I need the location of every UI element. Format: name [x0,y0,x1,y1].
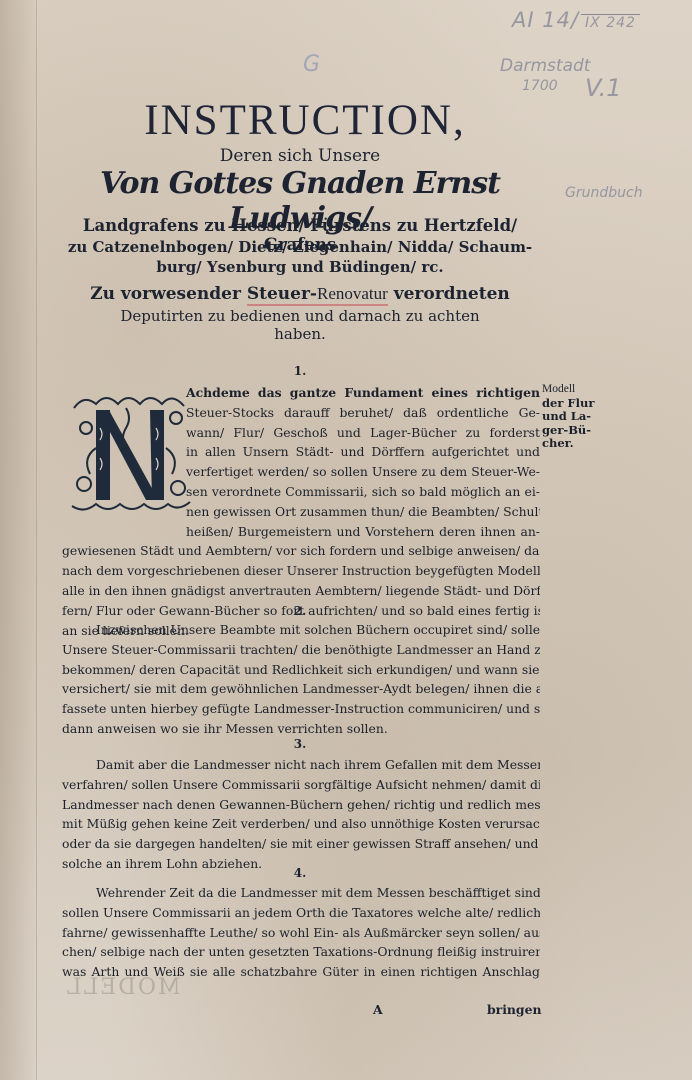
subtitle-deren: Deren sich Unsere [50,146,550,166]
paragraph-number-1: 1. [50,364,550,378]
paragraph-3: Damit aber die Landmesser nicht nach ihr… [62,755,540,874]
paragraph-number-3: 3. [50,737,550,751]
paragraph-number-4: 4. [50,866,550,880]
archive-letter-note: G [303,52,320,77]
subtitle-purpose: Zu vorwesender Steuer-Renovatur verordne… [50,284,550,304]
subtitle-deputies: Deputirten zu bedienen und darnach zu ac… [50,307,550,325]
paragraph-1: Achdeme das gantze Fundament eines richt… [62,383,540,640]
paragraph-4: Wehrender Zeit da die Landmesser mit dem… [62,883,540,982]
archive-place-note: Darmstadt [500,56,590,76]
archive-volume-note: V.1 [585,74,622,102]
paragraph-2: Inzwischen Unsere Beambte mit solchen Bü… [62,620,540,739]
document-page: AI 14/IX 242 Darmstadt 1700 V.1 G Grundb… [0,0,692,1080]
bleed-through-text: MODELL [65,975,180,1000]
archive-margin-note: Grundbuch [565,185,643,201]
subtitle-titles-3: burg/ Ysenburg und Büdingen/ rc. [50,258,550,276]
signature-mark: A [373,1002,383,1017]
subtitle-titles-2: zu Catzenelnbogen/ Dietz/ Ziegenhain/ Ni… [50,238,550,256]
catchword: bringen [487,1002,541,1017]
archive-year-note: 1700 [522,78,558,94]
subtitle-haben: haben. [50,325,550,343]
paragraph-number-2: 2. [50,604,550,618]
archive-signature: AI 14/IX 242 [512,8,640,32]
margin-note-modell: Modell der Flur und La- ger-Bü- cher. [542,383,602,451]
document-title: INSTRUCTION, [120,96,490,145]
